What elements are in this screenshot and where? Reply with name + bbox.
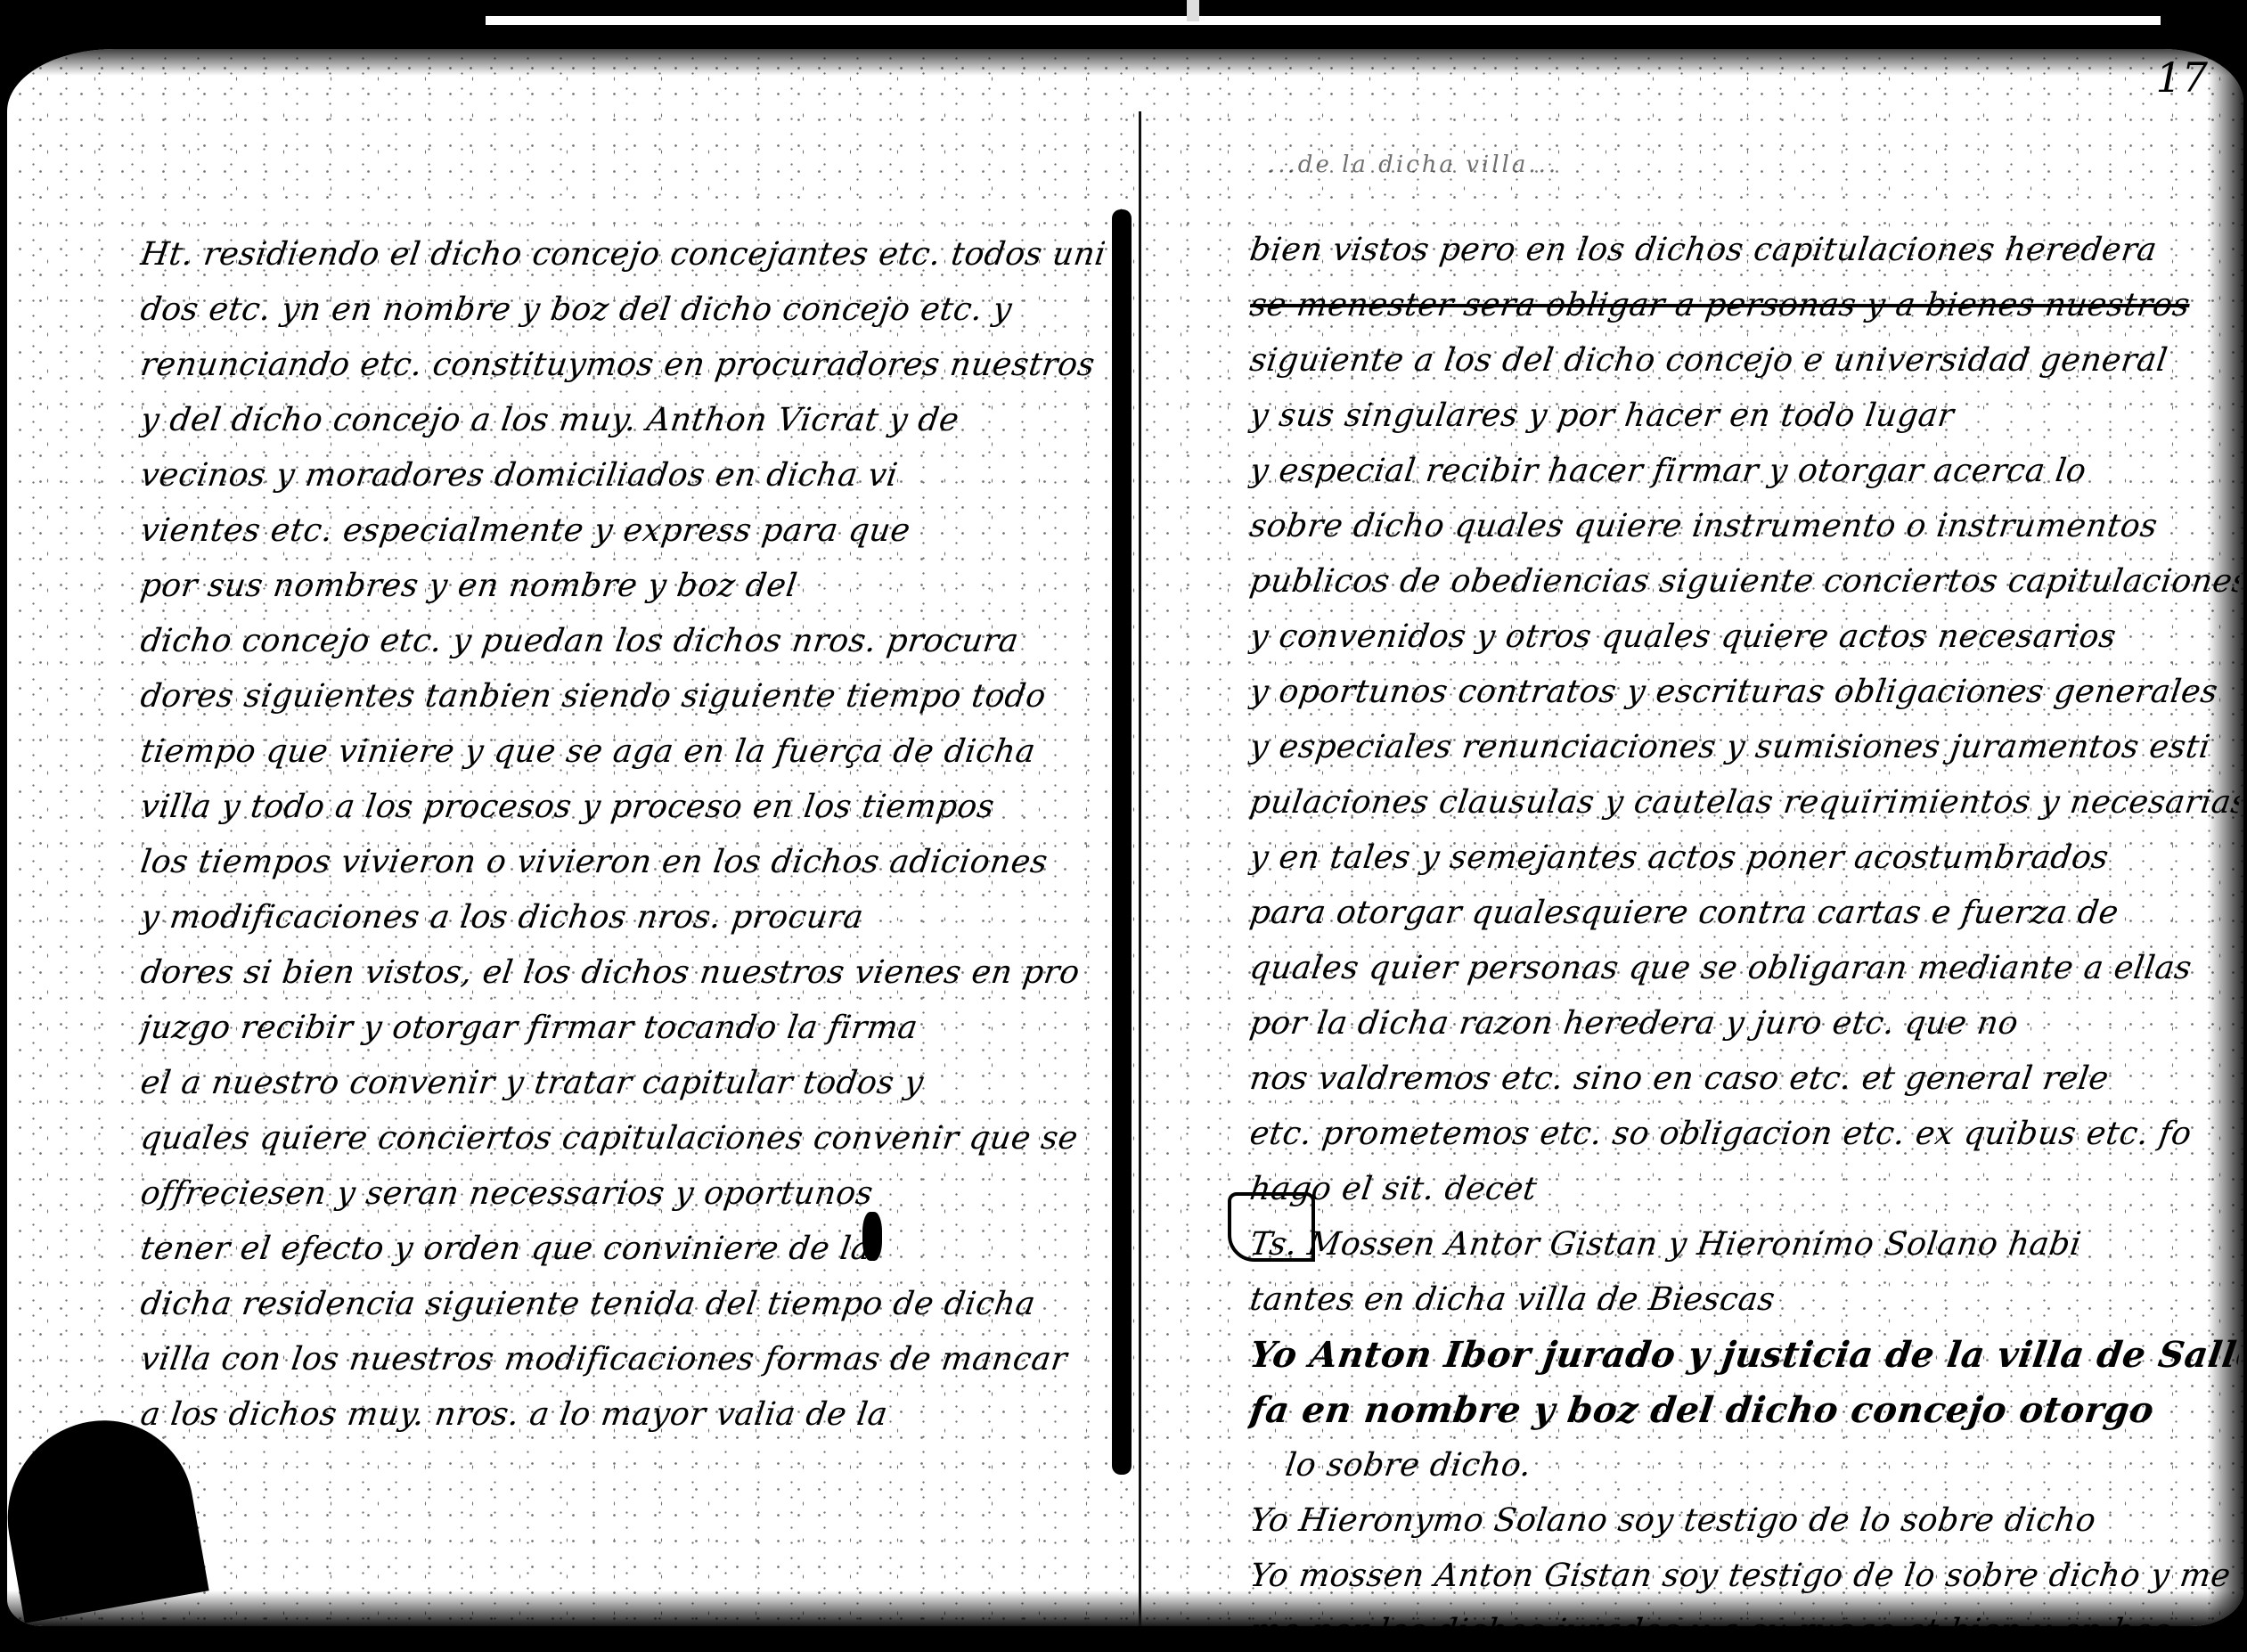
scan-artifact-bar xyxy=(486,16,2161,25)
text-line: juzgo recibir y otorgar firmar tocando l… xyxy=(137,1001,1107,1056)
text-line: Ht. residiendo el dicho concejo concejan… xyxy=(137,227,1107,282)
page-number: 17 xyxy=(2155,53,2208,102)
text-line: dores si bien vistos, el los dichos nues… xyxy=(137,945,1107,1001)
signature-line: fa en nombre y boz del dicho concejo oto… xyxy=(1246,1383,2243,1438)
text-line: nos valdremos etc. sino en caso etc. et … xyxy=(1246,1051,2243,1107)
gutter-line xyxy=(1139,111,1141,1626)
text-line: los tiempos vivieron o vivieron en los d… xyxy=(137,835,1107,890)
text-line: villa y todo a los procesos y proceso en… xyxy=(137,780,1107,835)
text-line: tiempo que viniere y que se aga en la fu… xyxy=(137,724,1107,780)
text-line: pulaciones clausulas y cautelas requirim… xyxy=(1246,775,2243,830)
text-line: quales quier personas que se obligaran m… xyxy=(1246,941,2243,996)
text-line: y del dicho concejo a los muy. Anthon Vi… xyxy=(137,393,1107,448)
right-page: 17 ...de la dicha villa... bien vistos p… xyxy=(1143,49,2243,1626)
text-line: villa con los nuestros modificaciones fo… xyxy=(137,1332,1107,1387)
text-line: dicha residencia siguiente tenida del ti… xyxy=(137,1277,1107,1332)
text-line: a los dichos muy. nros. a lo mayor valia… xyxy=(137,1387,1107,1443)
signature-line: Yo mossen Anton Gistan soy testigo de lo… xyxy=(1246,1549,2243,1604)
text-line: y modificaciones a los dichos nros. proc… xyxy=(137,890,1107,945)
text-line: vecinos y moradores domiciliados en dich… xyxy=(137,448,1107,503)
manuscript-spread: Ht. residiendo el dicho concejo concejan… xyxy=(7,49,2243,1626)
text-line: y convenidos y otros quales quiere actos… xyxy=(1246,609,2243,665)
text-line: y en tales y semejantes actos poner acos… xyxy=(1246,830,2243,886)
text-line: y especial recibir hacer firmar y otorga… xyxy=(1246,444,2243,499)
ink-blot xyxy=(862,1212,882,1261)
text-line: bien vistos pero en los dichos capitulac… xyxy=(1246,223,2243,278)
text-line: siguiente a los del dicho concejo e univ… xyxy=(1246,333,2243,388)
left-page-text: Ht. residiendo el dicho concejo concejan… xyxy=(141,227,1103,1443)
signature-line: lo sobre dicho. xyxy=(1246,1438,2243,1493)
text-line: dicho concejo etc. y puedan los dichos n… xyxy=(137,614,1107,669)
text-line: el a nuestro convenir y tratar capitular… xyxy=(137,1056,1107,1111)
text-line: publicos de obediencias siguiente concie… xyxy=(1246,554,2243,609)
text-line: renunciando etc. constituymos en procura… xyxy=(137,338,1107,393)
text-line: para otorgar qualesquiere contra cartas … xyxy=(1246,886,2243,941)
text-line: etc. prometemos etc. so obligacion etc. … xyxy=(1246,1107,2243,1162)
text-line: vientes etc. especialmente y express par… xyxy=(137,503,1107,559)
right-page-text: bien vistos pero en los dichos capitulac… xyxy=(1250,223,2239,1626)
text-line: y sus singulares y por hacer en todo lug… xyxy=(1246,388,2243,444)
text-line: Ts. Mossen Antor Gistan y Hieronimo Sola… xyxy=(1246,1217,2243,1272)
text-line: sobre dicho quales quiere instrumento o … xyxy=(1246,499,2243,554)
text-line: por sus nombres y en nombre y boz del xyxy=(137,559,1107,614)
text-line: dores siguientes tanbien siendo siguient… xyxy=(137,669,1107,724)
signature-line: Yo Hieronymo Solano soy testigo de lo so… xyxy=(1246,1493,2243,1549)
text-line: por la dicha razon heredera y juro etc. … xyxy=(1246,996,2243,1051)
left-page: Ht. residiendo el dicho concejo concejan… xyxy=(7,49,1112,1626)
signature-line: Yo Anton Ibor jurado y justicia de la vi… xyxy=(1246,1328,2243,1383)
scan-artifact-nub xyxy=(1187,0,1199,21)
text-line: y especiales renunciaciones y sumisiones… xyxy=(1246,720,2243,775)
signature-line: mo por los dichos jurados y a su ruego e… xyxy=(1246,1604,2243,1626)
faint-header-text: ...de la dicha villa... xyxy=(1268,151,1558,178)
text-line: hago el sit. decet xyxy=(1246,1162,2243,1217)
binding-spine xyxy=(1112,209,1132,1475)
text-line: tantes en dicha villa de Biescas xyxy=(1246,1272,2243,1328)
text-line: tener el efecto y orden que conviniere d… xyxy=(137,1222,1107,1277)
notarial-signum-mark xyxy=(1228,1192,1315,1262)
text-line-struck: se menester sera obligar a personas y a … xyxy=(1246,278,2243,333)
text-line: offreciesen y seran necessarios y oportu… xyxy=(137,1166,1107,1222)
text-line: dos etc. yn en nombre y boz del dicho co… xyxy=(137,282,1107,338)
text-line: quales quiere conciertos capitulaciones … xyxy=(137,1111,1107,1166)
text-line: y oportunos contratos y escrituras oblig… xyxy=(1246,665,2243,720)
